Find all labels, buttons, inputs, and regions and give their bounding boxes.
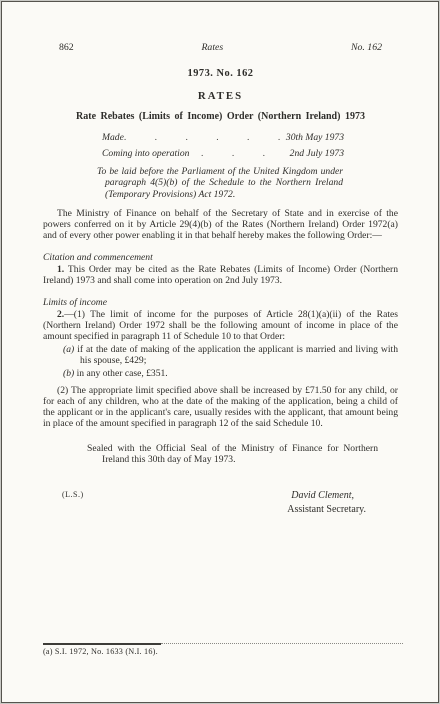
coming-into-operation-dot-leader: . . . bbox=[189, 148, 289, 159]
issue-number: No. 162 bbox=[351, 42, 382, 53]
item-b-text: in any other case, £351. bbox=[77, 368, 168, 379]
item-a: (a) if at the date of making of the appl… bbox=[63, 344, 398, 366]
coming-into-operation-date: 2nd July 1973 bbox=[290, 148, 344, 159]
footnote-area: (a) S.I. 1972, No. 1633 (N.I. 16). bbox=[43, 642, 403, 656]
made-dot-leader: . . . . . . bbox=[124, 132, 286, 143]
paragraph-1-text: This Order may be cited as the Rate Reba… bbox=[43, 264, 398, 286]
made-label: Made bbox=[102, 132, 124, 143]
seal-mark: (L.S.) bbox=[62, 489, 84, 500]
citation-heading: Citation and commencement bbox=[43, 252, 398, 263]
paragraph-1-number: 1. bbox=[57, 264, 64, 275]
running-header: 862 Rates No. 162 bbox=[43, 42, 398, 53]
laid-before-clause: To be laid before the Parliament of the … bbox=[97, 166, 343, 200]
coming-into-operation-label: Coming into operation bbox=[102, 148, 189, 159]
preamble: The Ministry of Finance on behalf of the… bbox=[43, 208, 398, 241]
paragraph-2-1-text: —(1) The limit of income for the purpose… bbox=[43, 309, 398, 342]
made-row: Made . . . . . . 30th May 1973 bbox=[102, 132, 344, 143]
signature: David Clement, Assistant Secretary. bbox=[287, 489, 366, 517]
running-title: Rates bbox=[201, 42, 223, 53]
item-b: (b) in any other case, £351. bbox=[63, 368, 398, 379]
footnote-rule-solid-segment bbox=[43, 643, 161, 645]
document-page: 862 Rates No. 162 1973. No. 162 RATES Ra… bbox=[1, 1, 439, 703]
sealed-clause: Sealed with the Official Seal of the Min… bbox=[87, 443, 378, 466]
signature-block: (L.S.) David Clement, Assistant Secretar… bbox=[62, 489, 366, 517]
footnote: (a) S.I. 1972, No. 1633 (N.I. 16). bbox=[43, 647, 403, 656]
document-content: 862 Rates No. 162 1973. No. 162 RATES Ra… bbox=[43, 2, 398, 517]
order-title: Rate Rebates (Limits of Income) Order (N… bbox=[43, 111, 398, 122]
paragraph-1: 1. This Order may be cited as the Rate R… bbox=[43, 264, 398, 286]
signature-title: Assistant Secretary. bbox=[287, 503, 366, 517]
subject-heading: RATES bbox=[43, 91, 398, 102]
coming-into-operation-row: Coming into operation . . . 2nd July 197… bbox=[102, 148, 344, 159]
footnote-rule-dotted-segment bbox=[161, 643, 403, 644]
footnote-rule bbox=[43, 642, 403, 645]
paragraph-2-1: 2.—(1) The limit of income for the purpo… bbox=[43, 309, 398, 342]
metadata-block: Made . . . . . . 30th May 1973 Coming in… bbox=[102, 132, 344, 159]
signature-name: David Clement, bbox=[287, 489, 354, 503]
page-number: 862 bbox=[59, 42, 74, 53]
item-a-text: if at the date of making of the applicat… bbox=[77, 344, 398, 366]
made-date: 30th May 1973 bbox=[286, 132, 344, 143]
item-b-marker: (b) bbox=[63, 368, 74, 379]
limits-heading: Limits of income bbox=[43, 297, 398, 308]
order-number-heading: 1973. No. 162 bbox=[43, 68, 398, 79]
item-a-marker: (a) bbox=[63, 344, 74, 355]
paragraph-2-2: (2) The appropriate limit specified abov… bbox=[43, 385, 398, 429]
